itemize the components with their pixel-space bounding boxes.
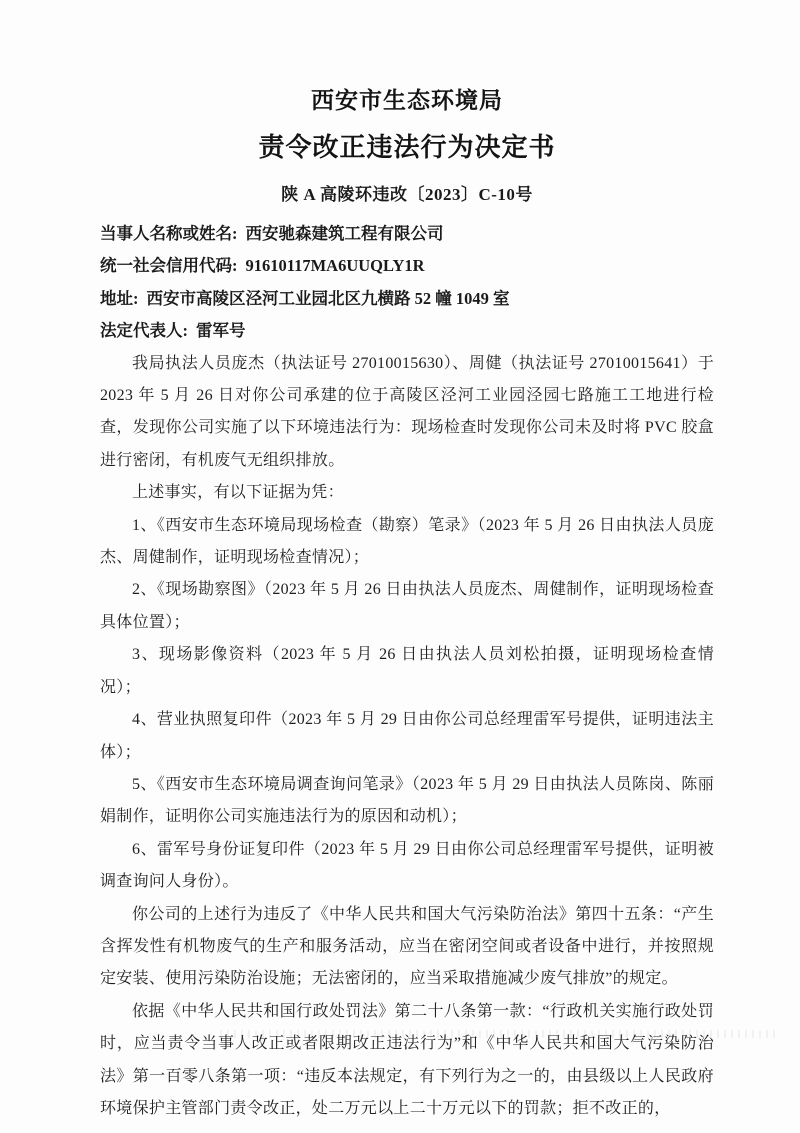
field-legal-representative: 法定代表人:雷军号 xyxy=(100,315,714,347)
field-value: 西安市高陵区泾河工业园北区九横路 52 幢 1049 室 xyxy=(147,289,510,308)
field-label: 地址: xyxy=(100,289,139,308)
body-paragraph-evidence-intro: 上述事实，有以下证据为凭： xyxy=(100,477,714,509)
field-label: 法定代表人: xyxy=(100,321,188,340)
document-page: 西安市生态环境局 责令改正违法行为决定书 陕 A 高陵环违改〔2023〕C-10… xyxy=(0,0,800,1133)
body-paragraph-legal-basis: 依据《中华人民共和国行政处罚法》第二十八条第一款：“行政机关实施行政处罚时，应当… xyxy=(100,996,714,1126)
body-paragraph-evidence-2: 2、《现场勘察图》（2023 年 5 月 26 日由执法人员庞杰、周健制作，证明… xyxy=(100,574,714,639)
body-paragraph-violation-clause: 你公司的上述行为违反了《中华人民共和国大气污染防治法》第四十五条：“产生含挥发性… xyxy=(100,899,714,996)
field-value: 西安驰森建筑工程有限公司 xyxy=(246,224,444,243)
field-value: 91610117MA6UUQLY1R xyxy=(246,256,425,275)
body-paragraph-evidence-3: 3、现场影像资料（2023 年 5 月 26 日由执法人员刘松拍摄，证明现场检查… xyxy=(100,639,714,704)
body-paragraph-inspection-facts: 我局执法人员庞杰（执法证号 27010015630）、周健（执法证号 27010… xyxy=(100,348,714,478)
field-address: 地址:西安市高陵区泾河工业园北区九横路 52 幢 1049 室 xyxy=(100,283,714,315)
doc-type-title: 责令改正违法行为决定书 xyxy=(100,127,714,164)
field-label: 统一社会信用代码: xyxy=(100,256,238,275)
field-credit-code: 统一社会信用代码:91610117MA6UUQLY1R xyxy=(100,250,714,282)
org-title: 西安市生态环境局 xyxy=(100,82,714,115)
field-value: 雷军号 xyxy=(196,321,246,340)
document-body: 我局执法人员庞杰（执法证号 27010015630）、周健（执法证号 27010… xyxy=(100,348,714,1126)
field-label: 当事人名称或姓名: xyxy=(100,224,238,243)
doc-number: 陕 A 高陵环违改〔2023〕C-10号 xyxy=(100,180,714,205)
field-party-name: 当事人名称或姓名:西安驰森建筑工程有限公司 xyxy=(100,218,714,250)
document-content: 西安市生态环境局 责令改正违法行为决定书 陕 A 高陵环违改〔2023〕C-10… xyxy=(100,82,714,1125)
body-paragraph-evidence-4: 4、营业执照复印件（2023 年 5 月 29 日由你公司总经理雷军号提供，证明… xyxy=(100,704,714,769)
party-info-fields: 当事人名称或姓名:西安驰森建筑工程有限公司 统一社会信用代码:91610117M… xyxy=(100,218,714,348)
body-paragraph-evidence-6: 6、雷军号身份证复印件（2023 年 5 月 29 日由你公司总经理雷军号提供，… xyxy=(100,834,714,899)
scan-noise-artifact xyxy=(220,1030,780,1038)
body-paragraph-evidence-1: 1、《西安市生态环境局现场检查（勘察）笔录》（2023 年 5 月 26 日由执… xyxy=(100,510,714,575)
body-paragraph-evidence-5: 5、《西安市生态环境局调查询问笔录》（2023 年 5 月 29 日由执法人员陈… xyxy=(100,769,714,834)
